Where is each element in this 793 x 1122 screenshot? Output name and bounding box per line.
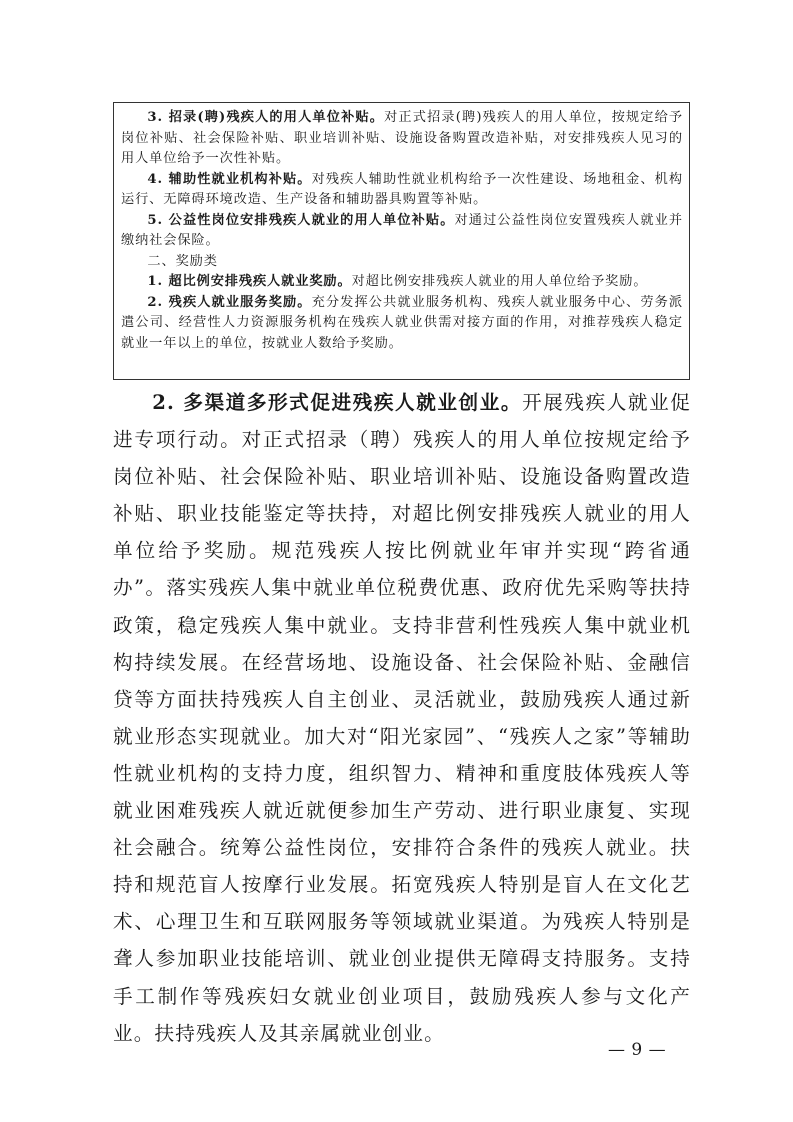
subsidy-box: 3. 招录(聘)残疾人的用人单位补贴。对正式招录(聘)残疾人的用人单位，按规定给…	[113, 102, 690, 380]
document-page: 3. 招录(聘)残疾人的用人单位补贴。对正式招录(聘)残疾人的用人单位，按规定给…	[0, 0, 793, 1122]
box-item-5: 5. 公益性岗位安排残疾人就业的用人单位补贴。对通过公益性岗位安置残疾人就业并缴…	[121, 211, 683, 252]
box-item-3: 3. 招录(聘)残疾人的用人单位补贴。对正式招录(聘)残疾人的用人单位，按规定给…	[121, 108, 683, 170]
main-paragraph-title: 2. 多渠道多形式促进残疾人就业创业。	[152, 391, 522, 414]
box-item-4: 4. 辅助性就业机构补贴。对残疾人辅助性就业机构给予一次性建设、场地租金、机构运…	[121, 170, 683, 211]
reward-item-1: 1. 超比例安排残疾人就业奖励。对超比例安排残疾人就业的用人单位给予奖励。	[121, 272, 683, 293]
reward-item-2: 2. 残疾人就业服务奖励。充分发挥公共就业服务机构、残疾人就业服务中心、劳务派遣…	[121, 293, 683, 355]
page-number: — 9 —	[608, 1040, 666, 1060]
reward-item-title: 1. 超比例安排残疾人就业奖励。	[147, 274, 351, 289]
box-item-title: 4. 辅助性就业机构补贴。	[147, 172, 311, 187]
main-paragraph: 2. 多渠道多形式促进残疾人就业创业。开展残疾人就业促进专项行动。对正式招录（聘…	[113, 384, 691, 1052]
main-paragraph-text: 开展残疾人就业促进专项行动。对正式招录（聘）残疾人的用人单位按规定给予岗位补贴、…	[113, 391, 691, 1045]
box-item-title: 3. 招录(聘)残疾人的用人单位补贴。	[147, 110, 384, 125]
reward-item-text: 对超比例安排残疾人就业的用人单位给予奖励。	[352, 274, 648, 289]
reward-section-heading: 二、奖励类	[121, 252, 683, 273]
reward-item-title: 2. 残疾人就业服务奖励。	[147, 295, 311, 310]
main-body: 2. 多渠道多形式促进残疾人就业创业。开展残疾人就业促进专项行动。对正式招录（聘…	[113, 384, 691, 1052]
box-item-title: 5. 公益性岗位安排残疾人就业的用人单位补贴。	[147, 213, 454, 228]
